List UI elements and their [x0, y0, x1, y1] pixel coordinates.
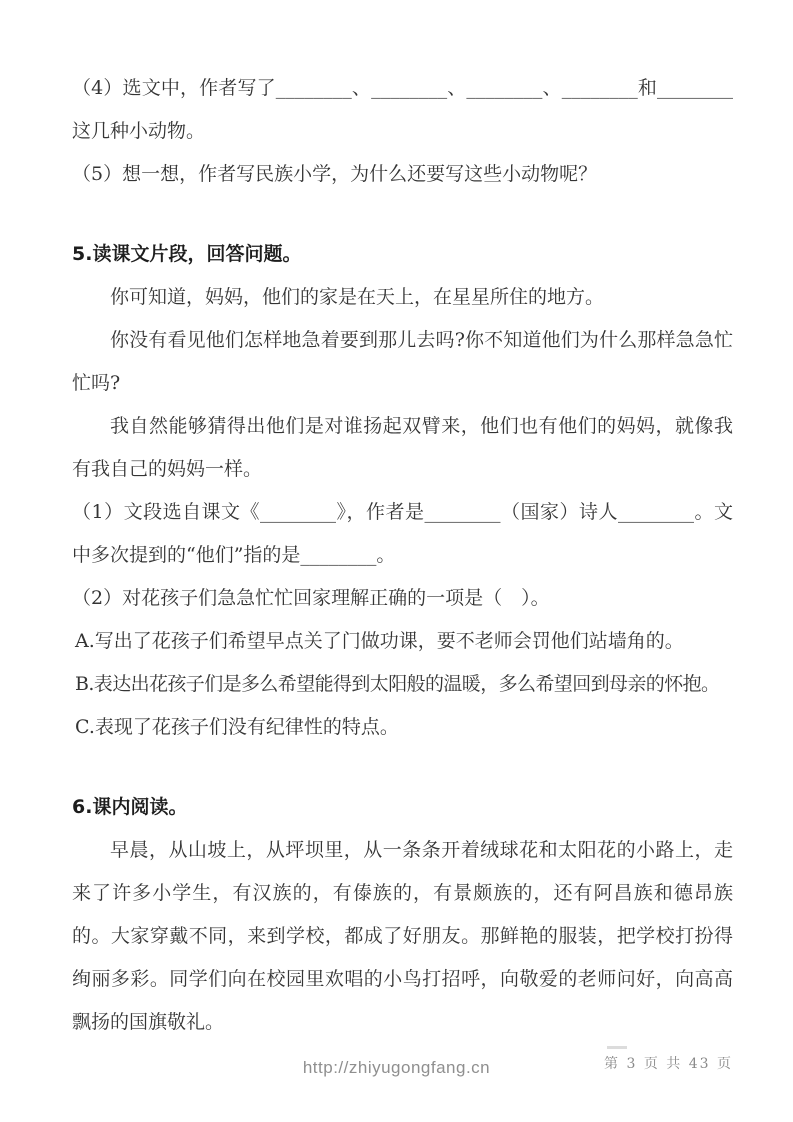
footer-dash-line — [607, 1046, 627, 1049]
question-5-short-answer: （5）想一想，作者写民族小学，为什么还要写这些小动物呢？ — [72, 153, 733, 196]
option-c: C.表现了花孩子们没有纪律性的特点。 — [72, 706, 733, 749]
passage-paragraph-3: 我自然能够猜得出他们是对谁扬起双臂来，他们也有他们的妈妈，就像我有我自己的妈妈一… — [72, 405, 733, 491]
option-b: B.表达出花孩子们是多么希望能得到太阳般的温暖，多么希望回到母亲的怀抱。 — [72, 663, 733, 706]
page-indicator: 第 3 页 共 43 页 — [604, 1053, 733, 1073]
reading-passage: 早晨，从山坡上，从坪坝里，从一条条开着绒球花和太阳花的小路上，走来了许多小学生，… — [72, 829, 733, 1044]
section-5-heading: 5.读课文片段，回答问题。 — [72, 233, 733, 276]
option-a: A.写出了花孩子们希望早点关了门做功课，要不老师会罚他们站墙角的。 — [72, 620, 733, 663]
question-1-fill-blank: （1）文段选自课文《________》，作者是________（国家）诗人___… — [72, 491, 733, 577]
section-6-heading: 6.课内阅读。 — [72, 786, 733, 829]
passage-paragraph-1: 你可知道，妈妈，他们的家是在天上，在星星所住的地方。 — [72, 276, 733, 319]
document-page: （4）选文中，作者写了________、________、________、__… — [0, 0, 793, 1044]
question-4-fill-blank: （4）选文中，作者写了________、________、________、__… — [72, 67, 733, 153]
question-2-multiple-choice: （2）对花孩子们急急忙忙回家理解正确的一项是（ ）。 — [72, 577, 733, 620]
passage-paragraph-2: 你没有看见他们怎样地急着要到那儿去吗?你不知道他们为什么那样急急忙忙吗? — [72, 319, 733, 405]
